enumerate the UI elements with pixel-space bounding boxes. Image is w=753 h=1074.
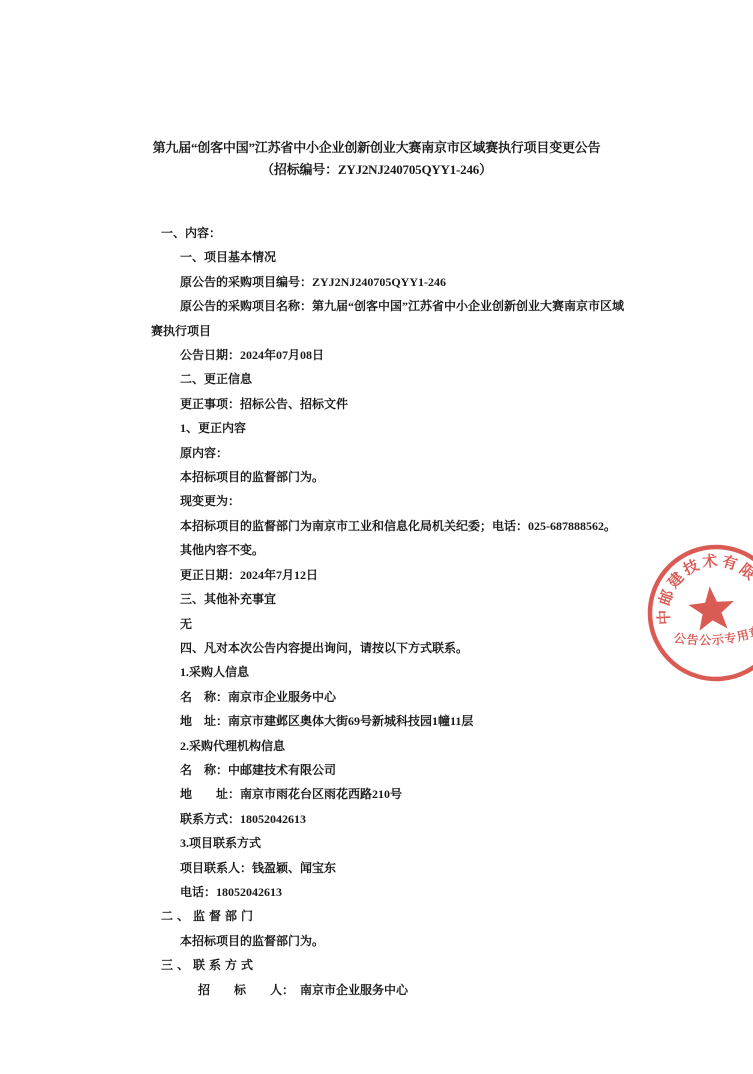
doc-line: 赛执行项目: [151, 319, 631, 343]
doc-line: 本招标项目的监督部门为。: [151, 465, 631, 489]
doc-line: 无: [151, 612, 631, 636]
doc-line: 二、监督部门: [151, 904, 631, 928]
doc-line: 1、更正内容: [151, 416, 631, 440]
doc-line: 原公告的采购项目名称：第九届“创客中国”江苏省中小企业创新创业大赛南京市区域: [151, 294, 631, 318]
doc-line: 地 址：南京市雨花台区雨花西路210号: [151, 782, 631, 806]
doc-line: 更正事项：招标公告、招标文件: [151, 392, 631, 416]
doc-line: 名 称：南京市企业服务中心: [151, 685, 631, 709]
doc-line: 地 址：南京市建邺区奥体大街69号新城科技园1幢11层: [151, 709, 631, 733]
doc-line: 二、更正信息: [151, 367, 631, 391]
seal-star-icon: [687, 584, 736, 631]
doc-line: 原公告的采购项目编号：ZYJ2NJ240705QYY1-246: [151, 270, 631, 294]
company-seal: 中邮建技术有限公司 公告公示专用章: [628, 525, 753, 701]
doc-line: 1.采购人信息: [151, 660, 631, 684]
doc-line: 公告日期：2024年07月08日: [151, 343, 631, 367]
svg-text:中邮建技术有限公司: 中邮建技术有限公司: [651, 548, 753, 626]
doc-line: 项目联系人：钱盈颖、闻宝东: [151, 856, 631, 880]
doc-line: 一、项目基本情况: [151, 245, 631, 269]
seal-label-text: 公告公示专用章: [672, 622, 753, 651]
doc-line: 三、其他补充事宜: [151, 587, 631, 611]
doc-title-block: 第九届“创客中国”江苏省中小企业创新创业大赛南京市区域赛执行项目变更公告 （招标…: [0, 137, 753, 181]
doc-line: 现变更为：: [151, 489, 631, 513]
doc-line: 三、联系方式: [151, 953, 631, 977]
seal-ring-text: 中邮建技术有限公司: [651, 548, 753, 626]
document-page: { "document": { "title": "第九届“创客中国”江苏省中小…: [0, 0, 753, 1074]
doc-line: 联系方式：18052042613: [151, 807, 631, 831]
svg-text:公告公示专用章: 公告公示专用章: [672, 622, 753, 651]
doc-body: 一、内容： 一、项目基本情况 原公告的采购项目编号：ZYJ2NJ240705QY…: [151, 221, 631, 1002]
doc-line: 四、凡对本次公告内容提出询问，请按以下方式联系。: [151, 636, 631, 660]
doc-line: 一、内容：: [151, 221, 631, 245]
doc-line: 原内容：: [151, 441, 631, 465]
doc-line: 3.项目联系方式: [151, 831, 631, 855]
doc-line: 其他内容不变。: [151, 538, 631, 562]
doc-line: 2.采购代理机构信息: [151, 734, 631, 758]
page-title: 第九届“创客中国”江苏省中小企业创新创业大赛南京市区域赛执行项目变更公告: [0, 137, 753, 159]
doc-line: 招 标 人： 南京市企业服务中心: [151, 978, 631, 1002]
doc-line: 本招标项目的监督部门为。: [151, 929, 631, 953]
doc-line: 更正日期：2024年7月12日: [151, 563, 631, 587]
doc-line: 电话：18052042613: [151, 880, 631, 904]
page-subtitle: （招标编号：ZYJ2NJ240705QYY1-246）: [0, 159, 753, 181]
doc-line: 名 称：中邮建技术有限公司: [151, 758, 631, 782]
doc-line: 本招标项目的监督部门为南京市工业和信息化局机关纪委；电话：025-6878885…: [151, 514, 631, 538]
